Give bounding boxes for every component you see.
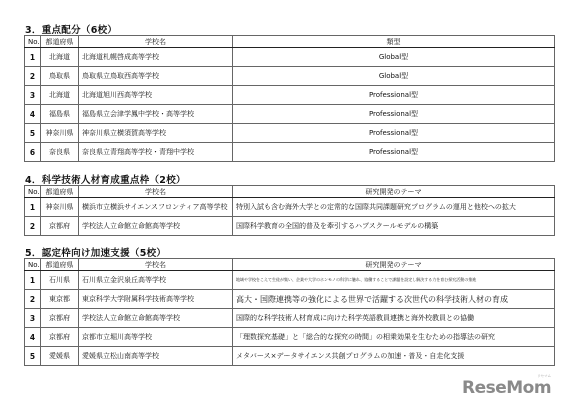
header-school: 学校名 — [79, 259, 233, 271]
table-row: 5 愛媛県 愛媛県立松山南高等学校 メタバース×データサイエンス共創プログラムの… — [25, 347, 555, 366]
row-school: 学校法人立命館立命館高等学校 — [79, 217, 233, 236]
section-3-table: No. 都道府県 学校名 類型 1 北海道 北海道札幌啓成高等学校 Global… — [24, 35, 555, 162]
row-type: Professional型 — [233, 105, 555, 124]
row-theme: メタバース×データサイエンス共創プログラムの加速・普及・自走化支援 — [233, 347, 555, 366]
row-school: 鳥取県立鳥取西高等学校 — [79, 67, 233, 86]
row-prefecture: 福島県 — [41, 105, 79, 124]
row-theme: 国際的な科学技術人材育成に向けた科学英語教員連携と海外校教員との協働 — [233, 309, 555, 328]
table-row: 1 石川県 石川県立金沢泉丘高等学校 地域や学校をこえて生徒が集い、企業や大学の… — [25, 271, 555, 290]
row-type: Global型 — [233, 67, 555, 86]
header-no: No. — [25, 36, 41, 48]
row-school: 石川県立金沢泉丘高等学校 — [79, 271, 233, 290]
row-school: 福島県立会津学鳳中学校・高等学校 — [79, 105, 233, 124]
row-theme: 地域や学校をこえて生徒が集い、企業や大学のホンモノの科学に触れ、協働することで課… — [233, 271, 555, 290]
row-prefecture: 奈良県 — [41, 143, 79, 162]
row-no: 4 — [25, 105, 41, 124]
table-row: 2 東京都 東京科学大学附属科学技術高等学校 高大・国際連携等の強化による世界で… — [25, 290, 555, 309]
section-4-table: No. 都道府県 学校名 研究開発のテーマ 1 神奈川県 横浜市立横浜サイエンス… — [24, 185, 555, 236]
table-row: 4 京都府 京都市立堀川高等学校 「理数探究基礎」と「総合的な探究の時間」の相乗… — [25, 328, 555, 347]
row-school: 神奈川県立横須賀高等学校 — [79, 124, 233, 143]
row-school: 北海道札幌啓成高等学校 — [79, 48, 233, 67]
row-school: 学校法人立命館立命館高等学校 — [79, 309, 233, 328]
row-type: Global型 — [233, 48, 555, 67]
row-theme: 国際科学教育の全国的普及を牽引するハブスクールモデルの構築 — [233, 217, 555, 236]
row-no: 3 — [25, 309, 41, 328]
table-row: 5 神奈川県 神奈川県立横須賀高等学校 Professional型 — [25, 124, 555, 143]
row-type: Professional型 — [233, 124, 555, 143]
row-school: 北海道旭川西高等学校 — [79, 86, 233, 105]
resemom-logo: ReseMom — [462, 378, 551, 398]
table-row: 1 北海道 北海道札幌啓成高等学校 Global型 — [25, 48, 555, 67]
table-header-row: No. 都道府県 学校名 研究開発のテーマ — [25, 259, 555, 271]
row-prefecture: 神奈川県 — [41, 198, 79, 217]
row-school: 京都市立堀川高等学校 — [79, 328, 233, 347]
row-no: 4 — [25, 328, 41, 347]
row-prefecture: 愛媛県 — [41, 347, 79, 366]
row-no: 1 — [25, 48, 41, 67]
table-row: 2 京都府 学校法人立命館立命館高等学校 国際科学教育の全国的普及を牽引するハブ… — [25, 217, 555, 236]
table-row: 1 神奈川県 横浜市立横浜サイエンスフロンティア高等学校 特別入試も含む海外大学… — [25, 198, 555, 217]
table-row: 3 京都府 学校法人立命館立命館高等学校 国際的な科学技術人材育成に向けた科学英… — [25, 309, 555, 328]
section-5-title: 5．認定枠向け加速支援（5校） — [25, 245, 166, 259]
row-no: 2 — [25, 217, 41, 236]
row-prefecture: 京都府 — [41, 217, 79, 236]
table-row: 6 奈良県 奈良県立青翔高等学校・青翔中学校 Professional型 — [25, 143, 555, 162]
table-row: 3 北海道 北海道旭川西高等学校 Professional型 — [25, 86, 555, 105]
section-3-title: 3．重点配分（6校） — [25, 22, 117, 36]
row-prefecture: 神奈川県 — [41, 124, 79, 143]
row-prefecture: 鳥取県 — [41, 67, 79, 86]
row-theme: 「理数探究基礎」と「総合的な探究の時間」の相乗効果を生むための指導法の研究 — [233, 328, 555, 347]
row-no: 2 — [25, 290, 41, 309]
header-school: 学校名 — [79, 36, 233, 48]
section-4-title: 4．科学技術人材育成重点枠（2校） — [25, 172, 186, 186]
row-school: 横浜市立横浜サイエンスフロンティア高等学校 — [79, 198, 233, 217]
row-no: 1 — [25, 271, 41, 290]
table-header-row: No. 都道府県 学校名 研究開発のテーマ — [25, 186, 555, 198]
row-prefecture: 東京都 — [41, 290, 79, 309]
row-school: 奈良県立青翔高等学校・青翔中学校 — [79, 143, 233, 162]
table-row: 4 福島県 福島県立会津学鳳中学校・高等学校 Professional型 — [25, 105, 555, 124]
section-5-table: No. 都道府県 学校名 研究開発のテーマ 1 石川県 石川県立金沢泉丘高等学校… — [24, 258, 555, 366]
row-prefecture: 北海道 — [41, 48, 79, 67]
header-type: 類型 — [233, 36, 555, 48]
row-no: 5 — [25, 347, 41, 366]
header-prefecture: 都道府県 — [41, 36, 79, 48]
row-no: 1 — [25, 198, 41, 217]
row-theme: 高大・国際連携等の強化による世界で活躍する次世代の科学技術人材の育成 — [233, 290, 555, 309]
header-theme: 研究開発のテーマ — [233, 259, 555, 271]
header-school: 学校名 — [79, 186, 233, 198]
row-no: 3 — [25, 86, 41, 105]
table-row: 2 鳥取県 鳥取県立鳥取西高等学校 Global型 — [25, 67, 555, 86]
row-prefecture: 北海道 — [41, 86, 79, 105]
header-theme: 研究開発のテーマ — [233, 186, 555, 198]
row-theme: 特別入試も含む海外大学との定常的な国際共同課題研究プログラムの運用と他校への拡大 — [233, 198, 555, 217]
row-school: 愛媛県立松山南高等学校 — [79, 347, 233, 366]
header-prefecture: 都道府県 — [41, 186, 79, 198]
row-prefecture: 京都府 — [41, 309, 79, 328]
row-no: 6 — [25, 143, 41, 162]
row-no: 2 — [25, 67, 41, 86]
table-header-row: No. 都道府県 学校名 類型 — [25, 36, 555, 48]
row-no: 5 — [25, 124, 41, 143]
header-prefecture: 都道府県 — [41, 259, 79, 271]
row-prefecture: 石川県 — [41, 271, 79, 290]
row-type: Professional型 — [233, 86, 555, 105]
header-no: No. — [25, 259, 41, 271]
row-prefecture: 京都府 — [41, 328, 79, 347]
row-school: 東京科学大学附属科学技術高等学校 — [79, 290, 233, 309]
header-no: No. — [25, 186, 41, 198]
row-type: Professional型 — [233, 143, 555, 162]
